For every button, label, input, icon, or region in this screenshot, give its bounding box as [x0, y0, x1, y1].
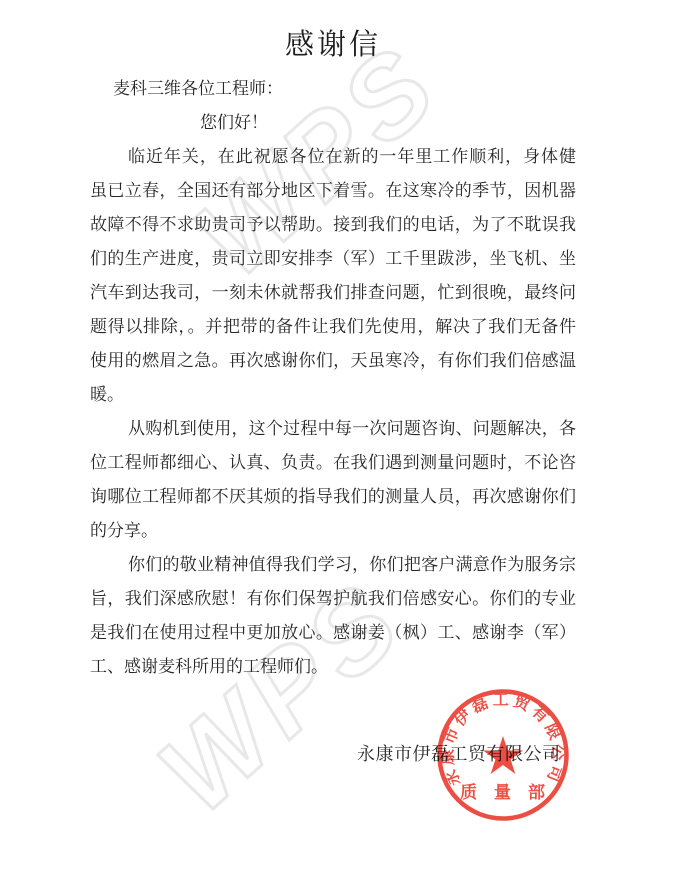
seal-star-icon: [483, 736, 523, 774]
body-line: 旨，我们深感欣慰！有你们保驾护航我们倍感安心。你们的专业: [90, 582, 576, 616]
body-line: 们的生产进度，贵司立即安排李（军）工千里跋涉，坐飞机、坐: [90, 242, 576, 276]
body-line: 你们的敬业精神值得我们学习，你们把客户满意作为服务宗: [90, 548, 576, 582]
seal-department-text: 质量部: [460, 782, 562, 802]
body-line: 汽车到达我司，一刻未休就帮我们排查问题，忙到很晚，最终问: [90, 276, 576, 310]
body-line: 临近年关，在此祝愿各位在新的一年里工作顺利，身体健康。: [90, 140, 576, 174]
body-line: 从购机到使用，这个过程中每一次问题咨询、问题解决，各: [90, 412, 576, 446]
company-seal: 永康市伊磊工贸有限公司 质量部: [434, 686, 572, 824]
letter-body: 麦科三维各位工程师： 您们好！ 临近年关，在此祝愿各位在新的一年里工作顺利，身体…: [90, 72, 576, 684]
body-line: 暖。: [90, 378, 576, 412]
body-line: 位工程师都细心、认真、负责。在我们遇到测量问题时，不论咨: [90, 446, 576, 480]
body-line: 是我们在使用过程中更加放心。感谢姜（枫）工、感谢李（军）: [90, 616, 576, 650]
salutation-line: 麦科三维各位工程师：: [90, 72, 576, 106]
body-line: 虽已立春，全国还有部分地区下着雪。在这寒冷的季节，因机器: [90, 174, 576, 208]
company-seal-graphic: 永康市伊磊工贸有限公司 质量部: [434, 686, 572, 824]
body-line: 使用的燃眉之急。再次感谢你们，天虽寒冷，有你们我们倍感温: [90, 344, 576, 378]
body-line: 询哪位工程师都不厌其烦的指导我们的测量人员，再次感谢你们: [90, 480, 576, 514]
letter-page: WPS WPS 感谢信 麦科三维各位工程师： 您们好！ 临近年关，在此祝愿各位在…: [0, 0, 700, 880]
body-line: 故障不得不求助贵司予以帮助。接到我们的电话，为了不耽误我: [90, 208, 576, 242]
letter-title: 感谢信: [90, 22, 576, 63]
greeting-line: 您们好！: [90, 106, 576, 140]
body-line: 工、感谢麦科所用的工程师们。: [90, 650, 576, 684]
body-line: 题得以排除，。并把带的备件让我们先使用，解决了我们无备件: [90, 310, 576, 344]
body-line: 的分享。: [90, 514, 576, 548]
